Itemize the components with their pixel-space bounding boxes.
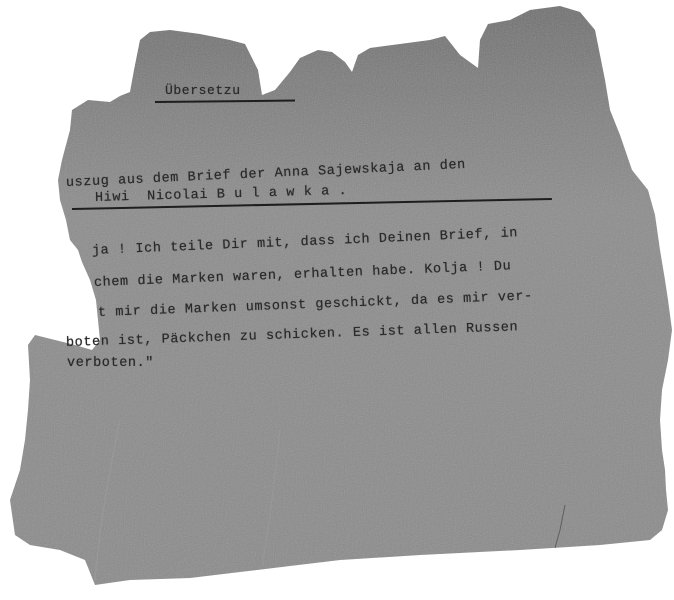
torn-paper-sheet: Übersetzu uszug aus dem Brief der Anna S… bbox=[0, 0, 674, 600]
body-line-5: verboten." bbox=[67, 356, 154, 371]
heading-text: Übersetzu bbox=[165, 83, 241, 98]
paper-outline bbox=[10, 6, 672, 585]
